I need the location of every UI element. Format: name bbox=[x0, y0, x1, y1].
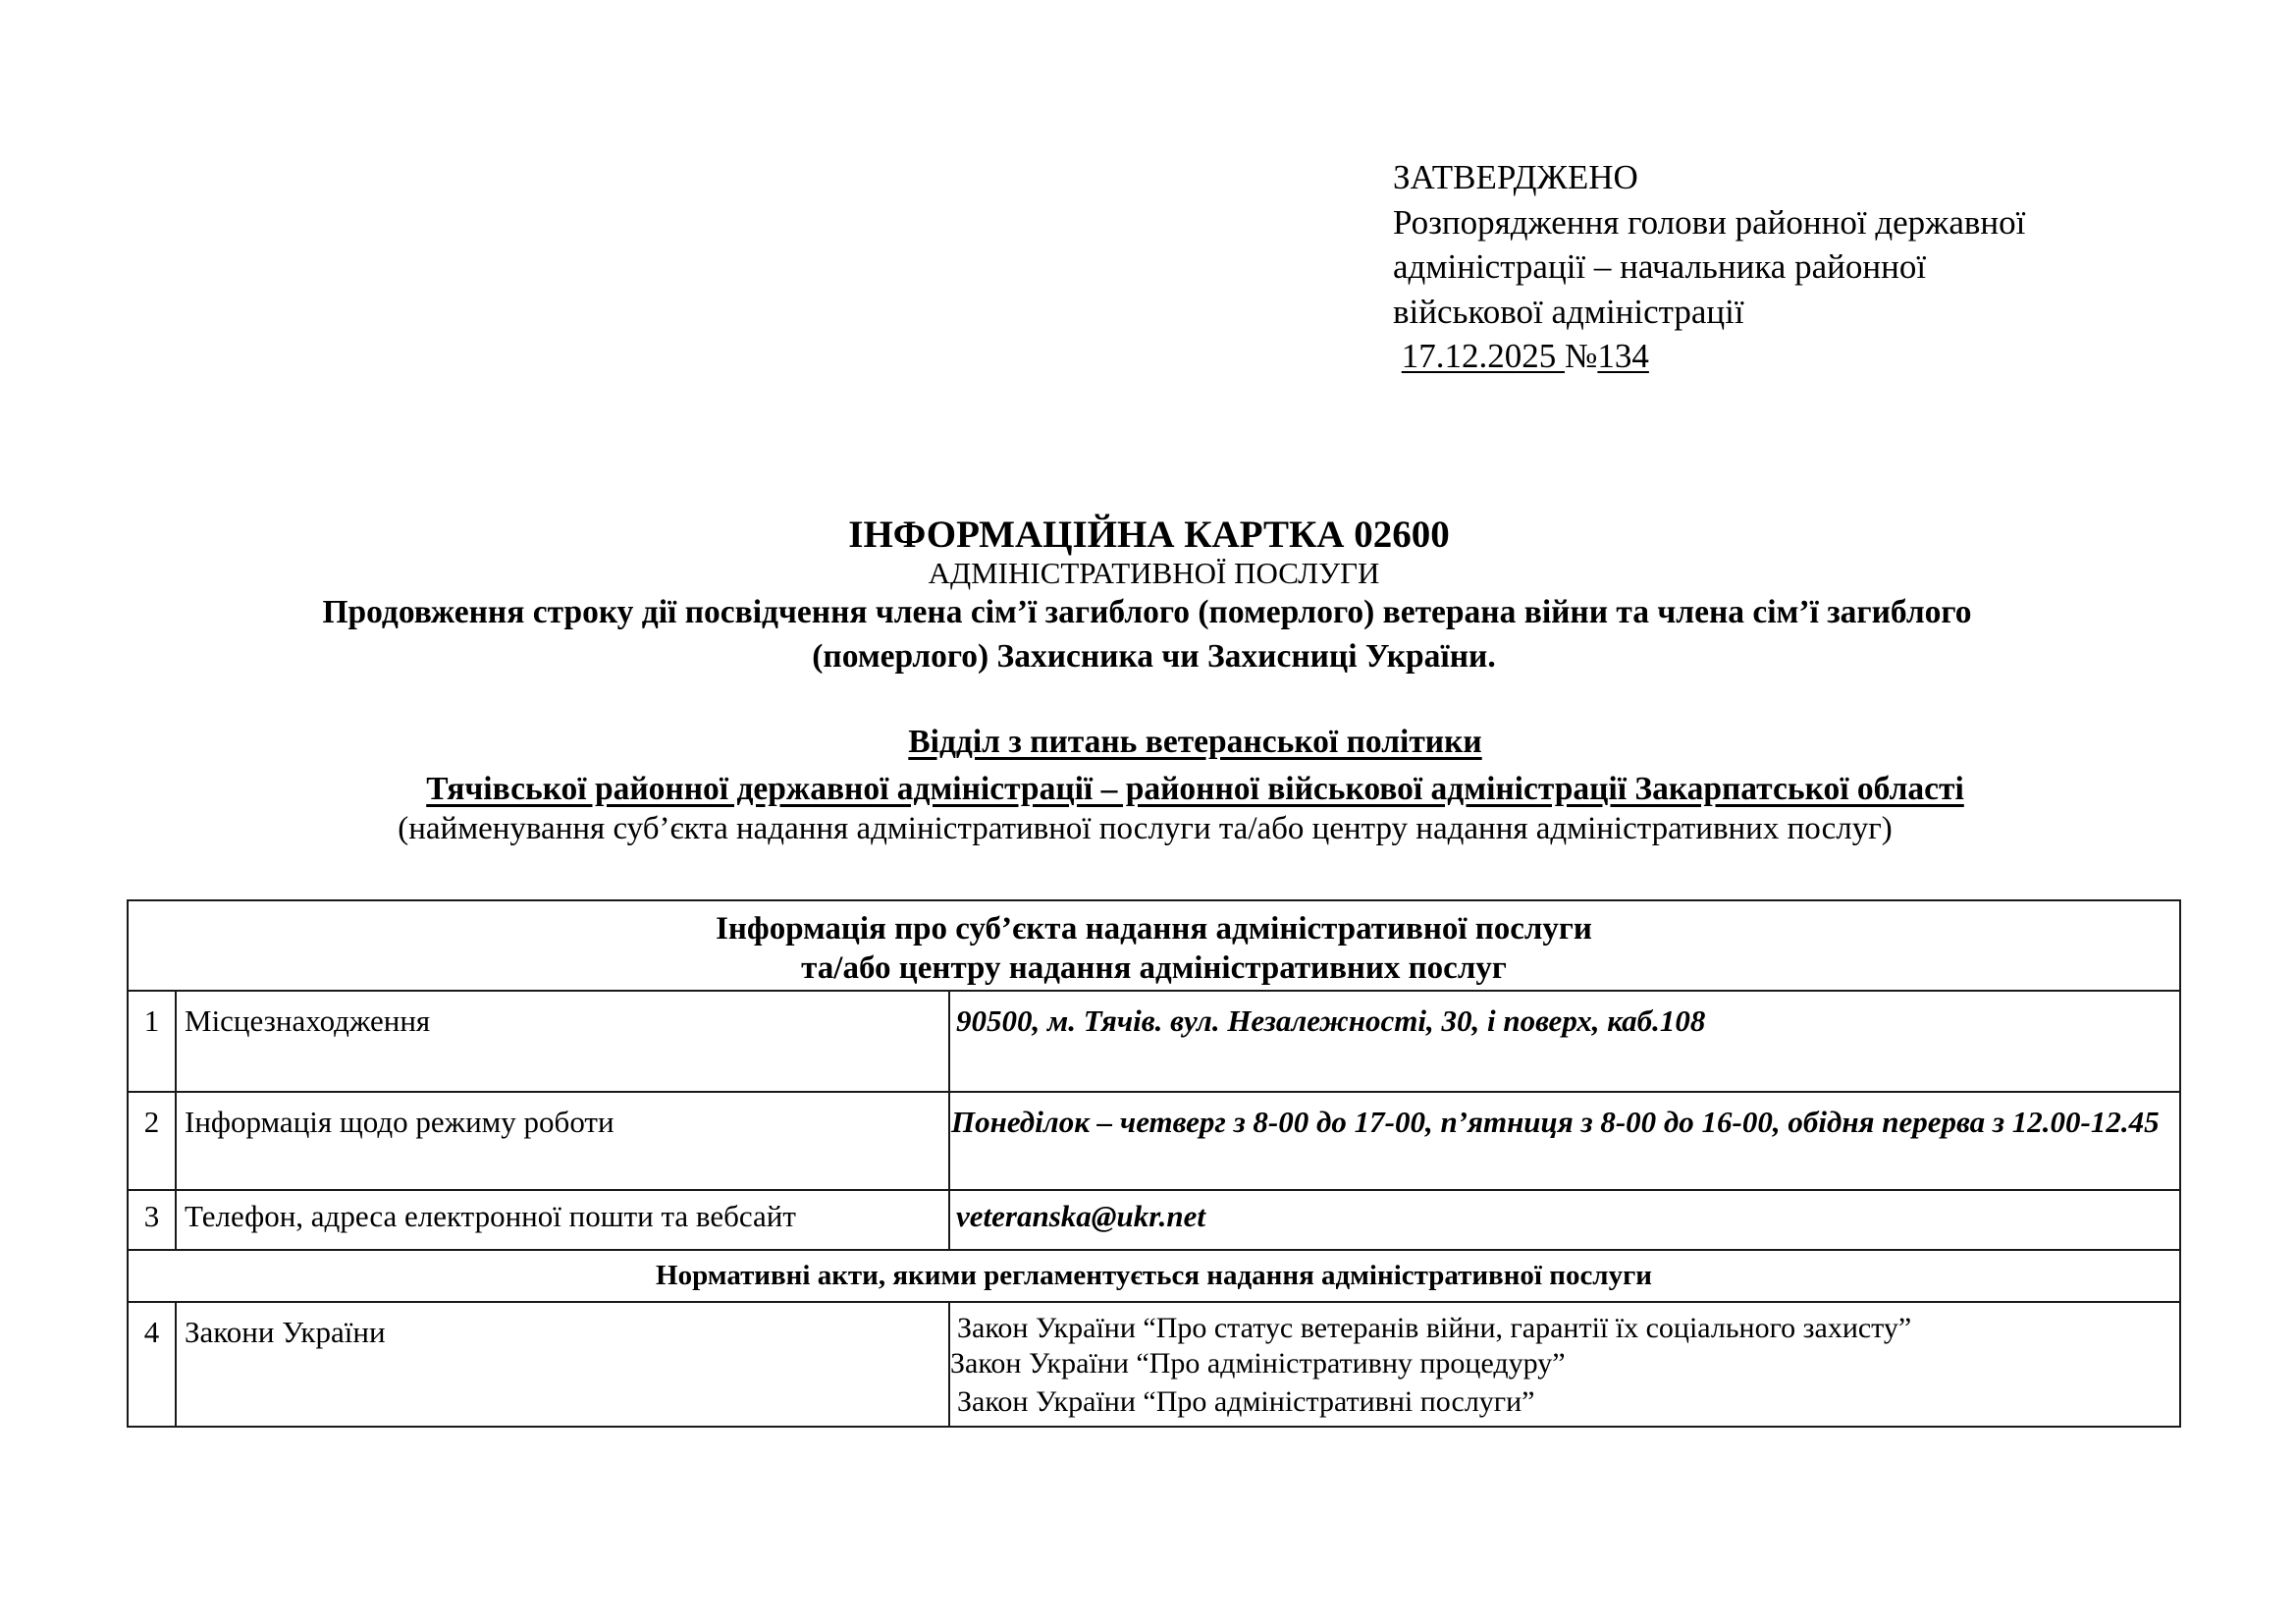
approval-number: 134 bbox=[1597, 337, 1649, 375]
row-value-email: veteranska@ukr.net bbox=[949, 1190, 2180, 1250]
law-item: Закон України “Про адміністративну проце… bbox=[950, 1346, 2179, 1381]
row-number: 2 bbox=[128, 1092, 176, 1190]
section-header-line-2: та/або центру надання адміністративних п… bbox=[129, 948, 2179, 988]
row-label: Інформація щодо режиму роботи bbox=[176, 1092, 949, 1190]
row-number: 3 bbox=[128, 1190, 176, 1250]
row-label: Місцезнаходження bbox=[176, 991, 949, 1092]
provider-note: (найменування суб’єкта надання адміністр… bbox=[0, 811, 2293, 847]
table-row: 4 Закони України Закон України “Про стат… bbox=[128, 1302, 2180, 1427]
law-item: Закон України “Про статус ветеранів війн… bbox=[950, 1303, 2179, 1346]
table-row: 3 Телефон, адреса електронної пошти та в… bbox=[128, 1190, 2180, 1250]
row-label: Телефон, адреса електронної пошти та веб… bbox=[176, 1190, 949, 1250]
section-header-provider-info: Інформація про суб’єкта надання адмініст… bbox=[128, 900, 2180, 991]
number-sign: № bbox=[1565, 337, 1597, 375]
section-header-row: Інформація про суб’єкта надання адмініст… bbox=[128, 900, 2180, 991]
approval-line-3: військової адміністрації bbox=[1393, 290, 2025, 335]
service-name-line-2: (померлого) Захисника чи Захисниці Украї… bbox=[6, 638, 2296, 676]
approval-block: ЗАТВЕРДЖЕНО Розпорядження голови районно… bbox=[1393, 155, 2025, 379]
approval-date-number: 17.12.2025 №134 bbox=[1393, 334, 2025, 379]
approval-status: ЗАТВЕРДЖЕНО bbox=[1393, 155, 2025, 200]
row-number: 4 bbox=[128, 1302, 176, 1427]
section-header-row: Нормативні акти, якими регламентується н… bbox=[128, 1250, 2180, 1302]
law-item: Закон України “Про адміністративні послу… bbox=[950, 1381, 2179, 1420]
section-header-normative-acts: Нормативні акти, якими регламентується н… bbox=[128, 1250, 2180, 1302]
document-title: ІНФОРМАЦІЙНА КАРТКА 02600 bbox=[1, 513, 2296, 557]
table-row: 2 Інформація щодо режиму роботи Понеділо… bbox=[128, 1092, 2180, 1190]
approval-line-2: адміністрації – начальника районної bbox=[1393, 244, 2025, 290]
service-name-line-1: Продовження строку дії посвідчення члена… bbox=[0, 594, 2295, 631]
approval-line-1: Розпорядження голови районної державної bbox=[1393, 200, 2025, 245]
row-label: Закони України bbox=[176, 1302, 949, 1427]
row-value-schedule: Понеділок – четверг з 8-00 до 17-00, п’я… bbox=[949, 1092, 2180, 1190]
section-header-line-1: Інформація про суб’єкта надання адмініст… bbox=[129, 909, 2179, 948]
provider-administration: Тячівської районної державної адміністра… bbox=[47, 771, 2296, 808]
info-table: Інформація про суб’єкта надання адмініст… bbox=[127, 899, 2181, 1428]
approval-date: 17.12.2025 bbox=[1402, 337, 1565, 375]
document-subtitle: АДМІНІСТРАТИВНОЇ ПОСЛУГИ bbox=[6, 556, 2296, 591]
table-row: 1 Місцезнаходження 90500, м. Тячів. вул.… bbox=[128, 991, 2180, 1092]
row-value-address: 90500, м. Тячів. вул. Незалежності, 30, … bbox=[949, 991, 2180, 1092]
row-number: 1 bbox=[128, 991, 176, 1092]
provider-department: Відділ з питань ветеранської політики bbox=[47, 724, 2296, 761]
laws-list: Закон України “Про статус ветеранів війн… bbox=[949, 1302, 2180, 1427]
